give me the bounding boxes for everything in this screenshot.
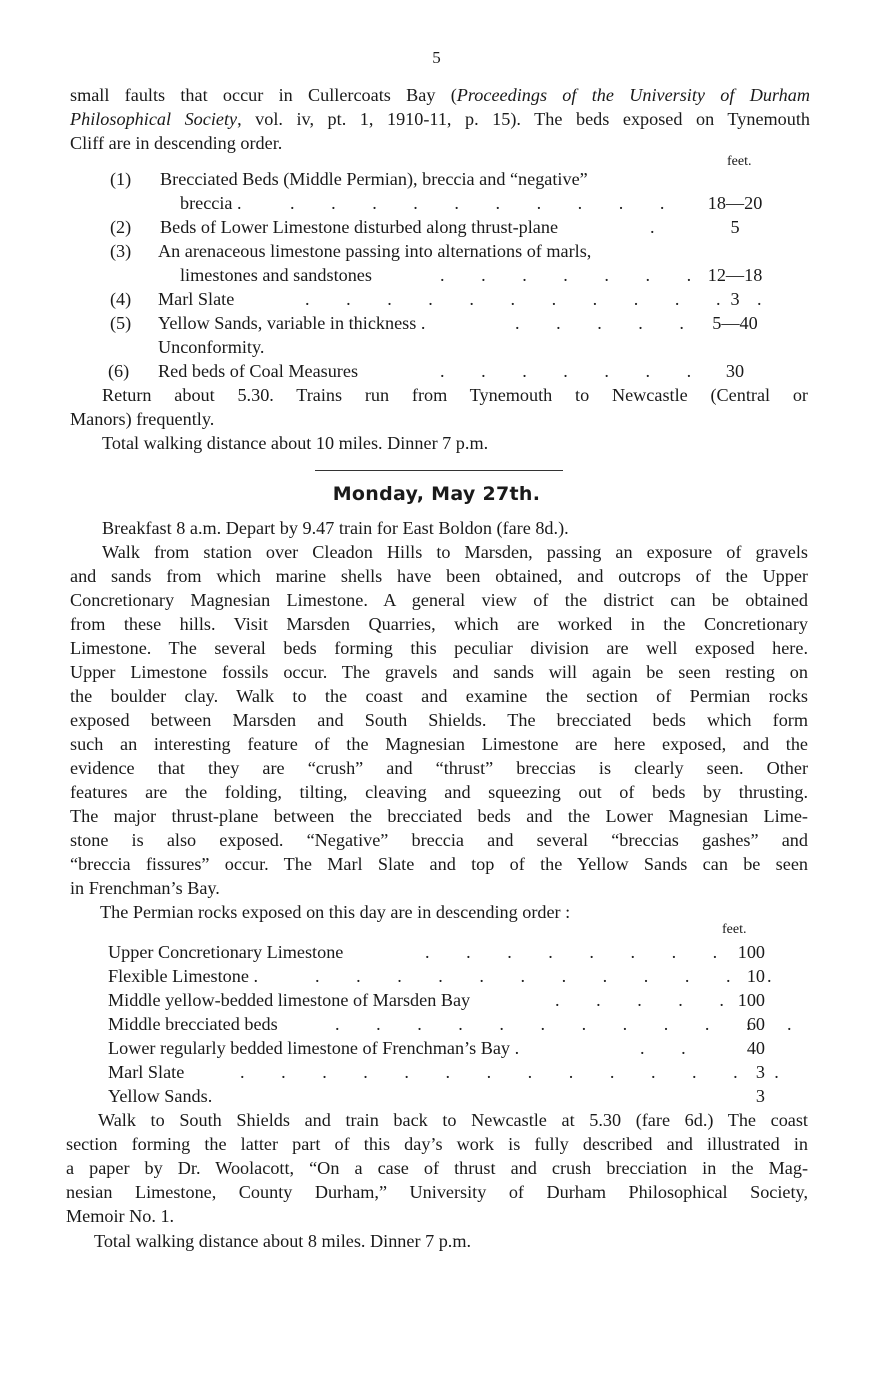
rock-label: Lower regularly bedded limestone of Fren…: [108, 1036, 519, 1060]
paragraph-line: stone is also exposed. “Negative” brecci…: [70, 828, 808, 852]
bed-number: (3): [110, 239, 131, 263]
leader-dots: . . . . .: [555, 988, 740, 1012]
rock-thickness: 100: [715, 940, 765, 964]
intro-line-3: Cliff are in descending order.: [70, 131, 282, 155]
paragraph-line: exposed between Marsden and South Shield…: [70, 708, 808, 732]
closing-line: section forming the latter part of this …: [66, 1132, 808, 1156]
rock-thickness: 3: [715, 1060, 765, 1084]
intro-line-1: small faults that occur in Cullercoats B…: [70, 83, 810, 107]
rock-label: Upper Concretionary Limestone: [108, 940, 343, 964]
rock-label: Marl Slate: [108, 1060, 184, 1084]
paragraph-line: Walk from station over Cleadon Hills to …: [102, 540, 808, 564]
feet-unit-label: feet.: [722, 922, 746, 938]
rock-label: Middle brecciated beds: [108, 1012, 278, 1036]
section-heading: Monday, May 27th.: [0, 483, 873, 505]
bed-label: Brecciated Beds (Middle Permian), brecci…: [160, 167, 588, 191]
section-divider: [315, 470, 563, 471]
bed-label: An arenaceous limestone passing into alt…: [158, 239, 591, 263]
bed-thickness: 5—40: [700, 311, 770, 335]
bed-thickness: 30: [700, 359, 770, 383]
closing-line: nesian Limestone, County Durham,” Univer…: [66, 1180, 808, 1204]
bed-number: (2): [110, 215, 131, 239]
citation-society: Philosophical Society: [70, 109, 237, 129]
citation-title: Proceedings of the University of Durham: [457, 85, 810, 105]
bed-label: Beds of Lower Limestone disturbed along …: [160, 215, 558, 239]
permian-intro: The Permian rocks exposed on this day ar…: [100, 900, 570, 924]
intro-text: small faults that occur in Cullercoats B…: [70, 85, 457, 105]
rock-label: Yellow Sands.: [108, 1084, 212, 1108]
return-line-1: Return about 5.30. Trains run from Tynem…: [102, 383, 808, 407]
feet-unit-label: feet.: [727, 154, 751, 170]
paragraph-line: features are the folding, tilting, cleav…: [70, 780, 808, 804]
rock-thickness: 10: [715, 964, 765, 988]
paragraph-line: from these hills. Visit Marsden Quarries…: [70, 612, 808, 636]
bed-number: (4): [110, 287, 131, 311]
return-line-2: Manors) frequently.: [70, 407, 214, 431]
bed-number: (1): [110, 167, 131, 191]
closing-line: Walk to South Shields and train back to …: [98, 1108, 808, 1132]
page-number: 5: [0, 48, 873, 68]
rock-thickness: 60: [715, 1012, 765, 1036]
rock-label: Flexible Limestone .: [108, 964, 258, 988]
leader-dots: . . . . . . .: [440, 359, 707, 383]
closing-line: Memoir No. 1.: [66, 1204, 174, 1228]
bed-number: (5): [110, 311, 131, 335]
paragraph-line: and sands from which marine shells have …: [70, 564, 808, 588]
paragraph-line: such an interesting feature of the Magne…: [70, 732, 808, 756]
bed-number: (6): [108, 359, 129, 383]
paragraph-line: Upper Limestone fossils occur. The grave…: [70, 660, 808, 684]
bed-label: limestones and sandstones: [180, 263, 372, 287]
bed-thickness: 5: [700, 215, 770, 239]
paragraph-line: in Frenchman’s Bay.: [70, 876, 220, 900]
rock-thickness: 3: [715, 1084, 765, 1108]
bed-label: Red beds of Coal Measures: [158, 359, 358, 383]
leader-dots: . . . . . . . .: [425, 940, 733, 964]
paragraph-line: evidence that they are “crush” and “thru…: [70, 756, 808, 780]
leader-dots: . .: [640, 1036, 702, 1060]
bed-thickness: 18—20: [700, 191, 770, 215]
leader-dots: .: [650, 215, 671, 239]
paragraph-line: Limestone. The several beds forming this…: [70, 636, 808, 660]
bed-label: Marl Slate: [158, 287, 234, 311]
paragraph-line: The major thrust-plane between the brecc…: [70, 804, 808, 828]
rock-label: Middle yellow-bedded limestone of Marsde…: [108, 988, 470, 1012]
total-distance-line: Total walking distance about 8 miles. Di…: [94, 1229, 471, 1253]
leader-dots: . . . . . . . . . . . . . .: [240, 1060, 795, 1084]
intro-line-2: Philosophical Society, vol. iv, pt. 1, 1…: [70, 107, 810, 131]
document-page: 5 small faults that occur in Cullercoats…: [0, 0, 873, 1400]
return-line-3: Total walking distance about 10 miles. D…: [102, 431, 488, 455]
paragraph-line: “breccia fissures” occur. The Marl Slate…: [70, 852, 808, 876]
rock-thickness: 100: [715, 988, 765, 1012]
paragraph-line: Concretionary Magnesian Limestone. A gen…: [70, 588, 808, 612]
bed-label: Yellow Sands, variable in thickness .: [158, 311, 425, 335]
intro-text: , vol. iv, pt. 1, 1910-11, p. 15). The b…: [237, 109, 810, 129]
bed-thickness: 3: [700, 287, 770, 311]
bed-label: Unconformity.: [158, 335, 264, 359]
leader-dots: . . . . .: [515, 311, 700, 335]
closing-line: a paper by Dr. Woolacott, “On a case of …: [66, 1156, 808, 1180]
paragraph-line: the boulder clay. Walk to the coast and …: [70, 684, 808, 708]
leader-dots: . . . . . . . . . .: [290, 191, 680, 215]
bed-thickness: 12—18: [700, 263, 770, 287]
rock-thickness: 40: [715, 1036, 765, 1060]
bed-label: breccia .: [180, 191, 242, 215]
breakfast-line: Breakfast 8 a.m. Depart by 9.47 train fo…: [102, 516, 569, 540]
leader-dots: . . . . . . .: [440, 263, 707, 287]
